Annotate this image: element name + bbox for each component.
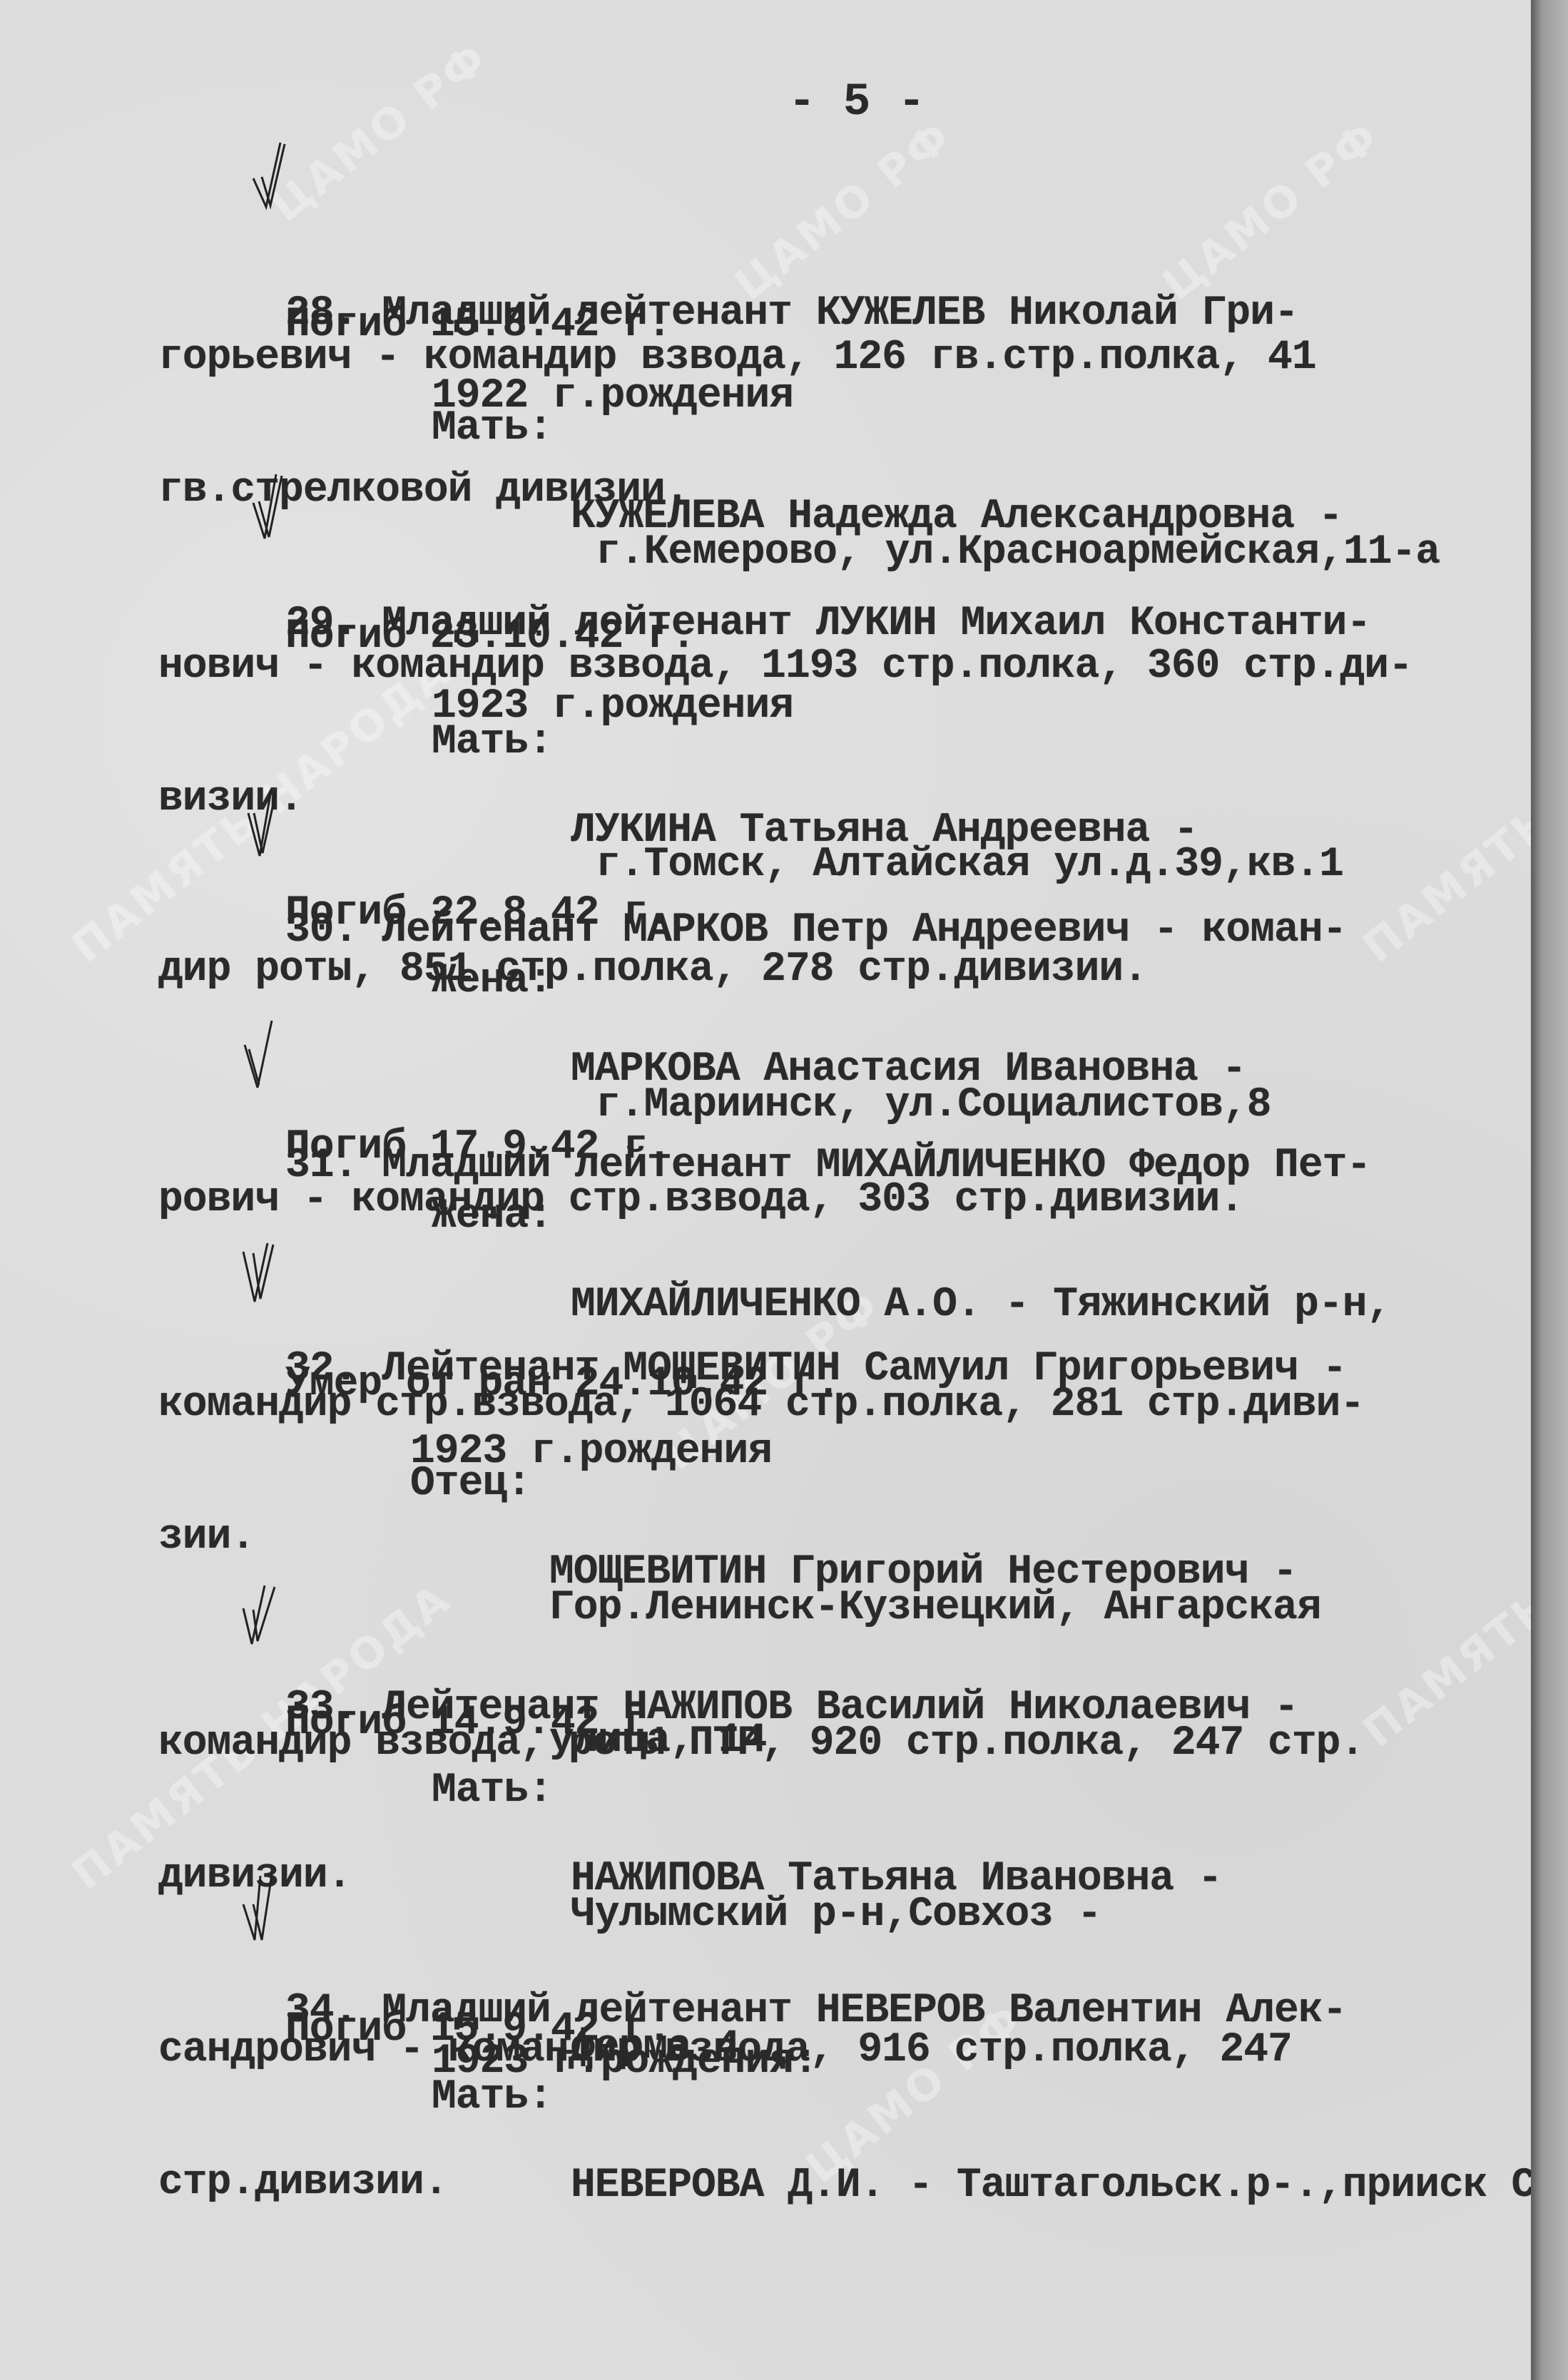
page-number: - 5 - [788, 77, 925, 128]
relative-label: Мать: [432, 720, 552, 765]
entry-fate: Погиб 17.9.42 г. [285, 1125, 671, 1170]
watermark: ПАМЯТЬ НАРОДА [1354, 1431, 1531, 1757]
document-page: ПАМЯТЬ НАРОДА ПАМЯТЬ НАРОДА ЦАМО РФ ЦАМО… [0, 0, 1531, 2380]
entry-fate: Погиб 23.10.42 г. [285, 615, 696, 659]
entry-fate: Погиб 15.8.42 г. [285, 303, 671, 347]
relative-label: Жена: [432, 959, 552, 1003]
entry-fate: Погиб 14.9.42 г. [285, 1701, 671, 1745]
relative-label: Мать: [432, 1769, 552, 1813]
entry-fate: Погиб 22.8.42 г. [285, 892, 671, 936]
checkmark-icon [246, 136, 296, 214]
page-edge-shadow [1531, 0, 1568, 2380]
entry-fate: Умер от ран 24.10.42 г. [285, 1362, 840, 1406]
relative-label: Жена: [432, 1195, 552, 1239]
relative-line: НЕВЕРОВА Д.И. - Таштагольск.р-.,прииск С… [571, 2164, 1531, 2208]
relative-label: Мать: [432, 407, 552, 451]
checkmark-icon [239, 1869, 289, 1947]
relative-label: Отец: [410, 1462, 531, 1506]
checkmark-icon [239, 1016, 289, 1095]
relative-info: НЕВЕРОВА Д.И. - Таштагольск.р-.,прииск С… [571, 2075, 1531, 2297]
relative-label: Мать: [432, 2075, 552, 2120]
watermark: ЦАМО РФ [262, 32, 498, 232]
